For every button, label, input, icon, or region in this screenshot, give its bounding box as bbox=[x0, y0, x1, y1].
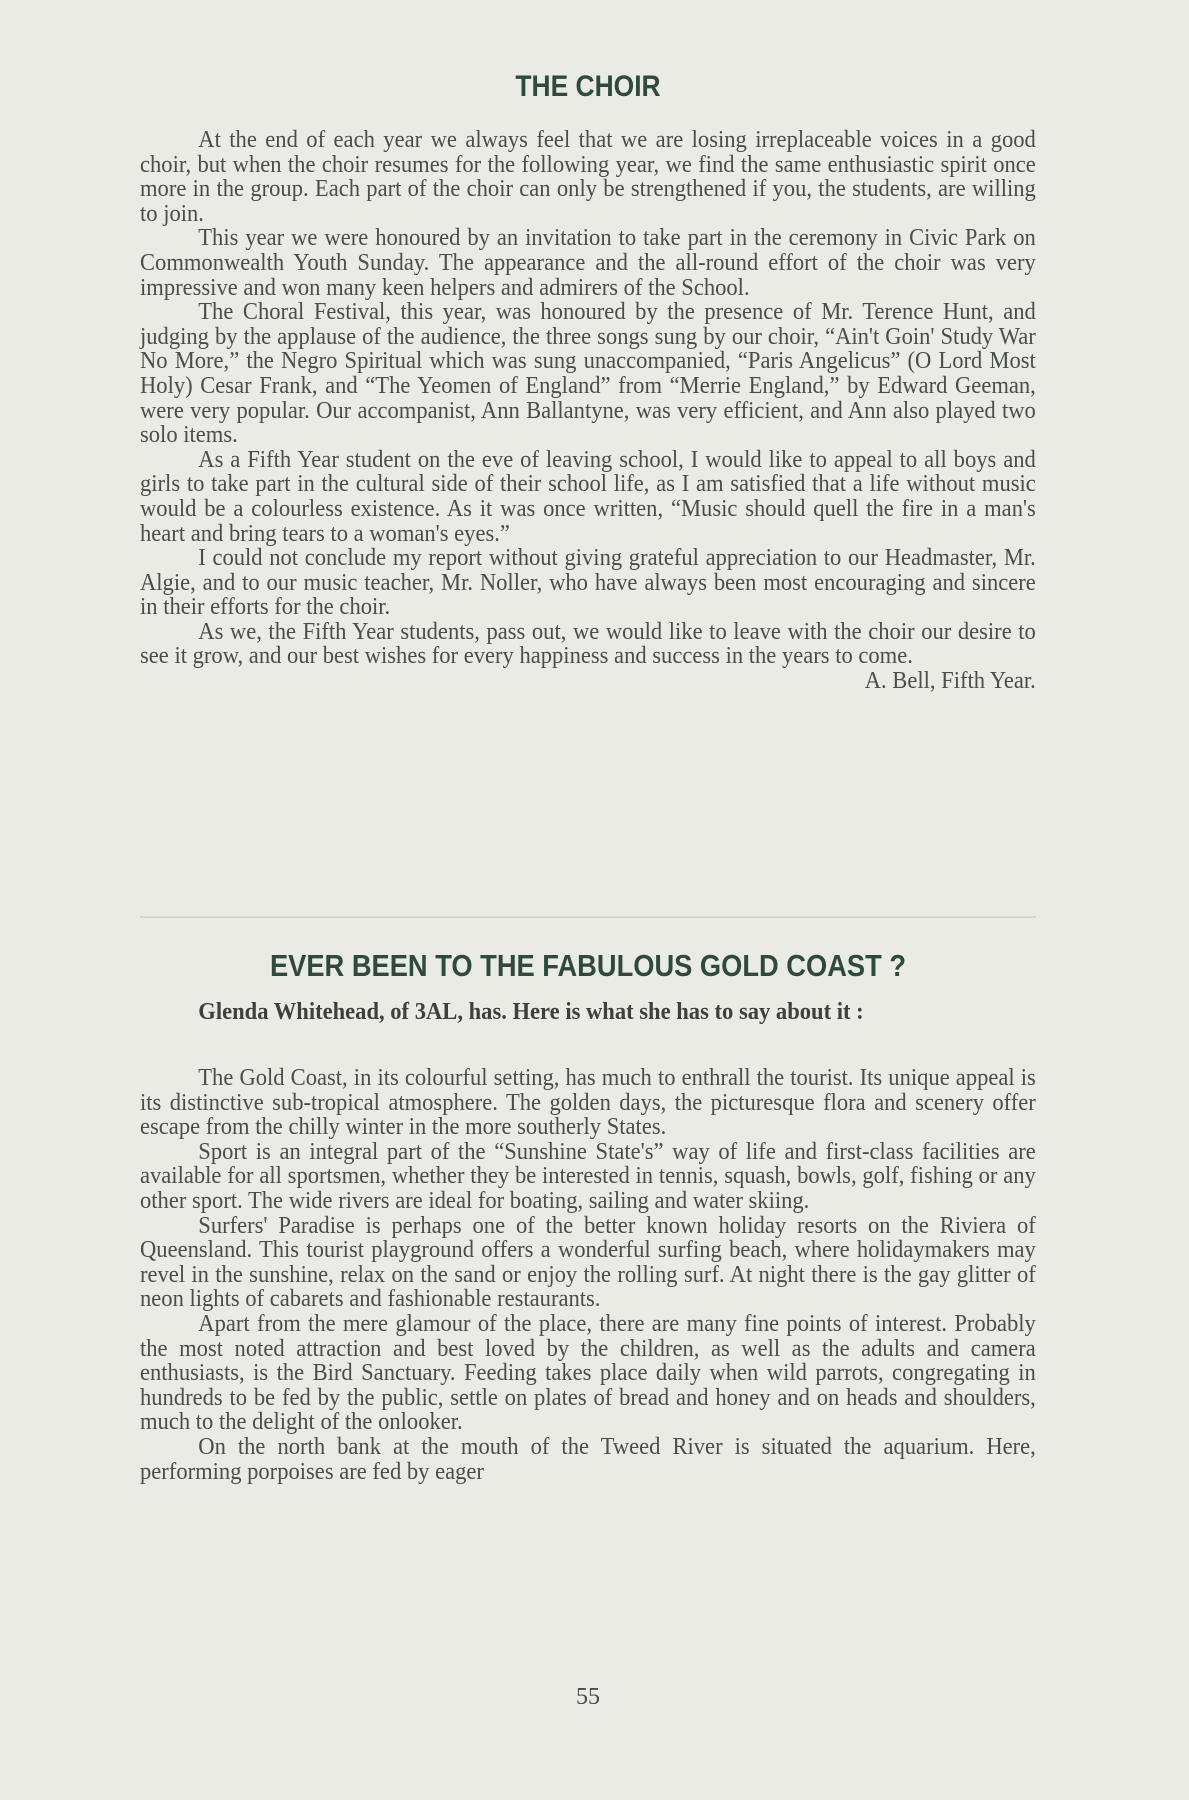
gold-coast-heading: EVER BEEN TO THE FABULOUS GOLD COAST ? bbox=[194, 948, 982, 984]
gold-coast-paragraph: Apart from the mere glamour of the place… bbox=[140, 1312, 1036, 1435]
gold-coast-paragraph: The Gold Coast, in its colourful setting… bbox=[140, 1066, 1036, 1140]
gold-coast-paragraph: Surfers' Paradise is perhaps one of the … bbox=[140, 1214, 1036, 1312]
gold-coast-paragraph: On the north bank at the mouth of the Tw… bbox=[140, 1435, 1036, 1484]
gold-coast-article-body: The Gold Coast, in its colourful setting… bbox=[140, 1066, 1036, 1484]
choir-paragraph: I could not conclude my report without g… bbox=[140, 546, 1036, 620]
page-number: 55 bbox=[140, 1684, 1036, 1711]
choir-paragraph: This year we were honoured by an invitat… bbox=[140, 226, 1036, 300]
choir-signature: A. Bell, Fifth Year. bbox=[140, 669, 1036, 694]
section-divider bbox=[140, 916, 1036, 918]
document-page: THE CHOIR At the end of each year we alw… bbox=[0, 0, 1189, 1800]
intro-text: Glenda Whitehead, of 3AL, has. Here is w… bbox=[140, 1000, 1036, 1025]
choir-article-body: At the end of each year we always feel t… bbox=[140, 128, 1036, 694]
choir-paragraph: As a Fifth Year student on the eve of le… bbox=[140, 448, 1036, 546]
gold-coast-intro: Glenda Whitehead, of 3AL, has. Here is w… bbox=[140, 1000, 1036, 1025]
choir-heading: THE CHOIR bbox=[194, 70, 982, 104]
choir-paragraph: The Choral Festival, this year, was hono… bbox=[140, 300, 1036, 448]
gold-coast-paragraph: Sport is an integral part of the “Sunshi… bbox=[140, 1140, 1036, 1214]
choir-paragraph: As we, the Fifth Year students, pass out… bbox=[140, 620, 1036, 669]
choir-paragraph: At the end of each year we always feel t… bbox=[140, 128, 1036, 226]
